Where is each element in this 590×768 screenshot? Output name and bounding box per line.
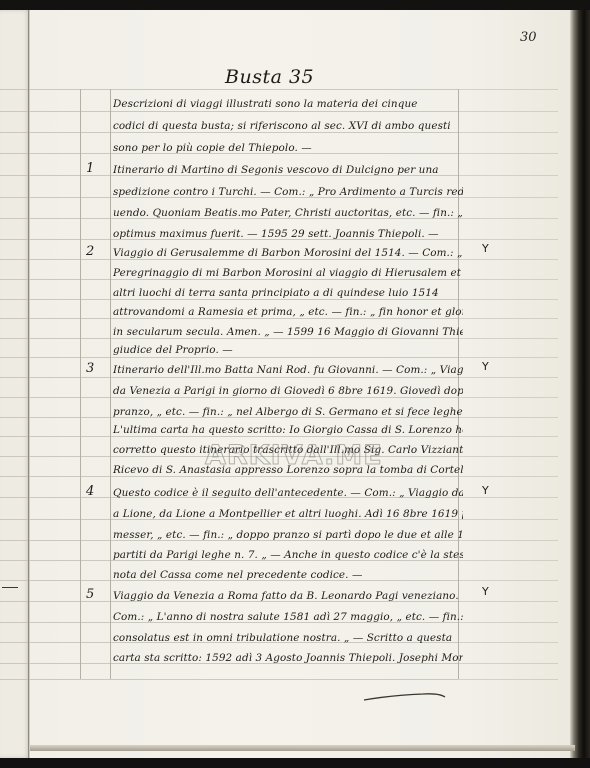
ruled-line bbox=[458, 318, 558, 319]
entry-line: Itinerario di Martino di Segonis vescovo… bbox=[113, 164, 463, 176]
entry-line: Itinerario dell'Ill.mo Batta Nani Rod. f… bbox=[113, 364, 463, 376]
ruled-line bbox=[0, 132, 458, 133]
entry-line: L'ultima carta ha questo scritto: Io Gio… bbox=[113, 424, 463, 436]
facing-page-edge bbox=[0, 10, 31, 758]
ruled-line bbox=[0, 436, 458, 437]
ruled-line bbox=[458, 679, 558, 680]
entry-number: 5 bbox=[86, 587, 94, 602]
ruled-line bbox=[458, 338, 558, 339]
margin-mark bbox=[2, 587, 18, 588]
ruled-line bbox=[458, 153, 558, 154]
page-number: 30 bbox=[520, 30, 537, 45]
ruled-line bbox=[458, 175, 558, 176]
ruled-line bbox=[458, 377, 558, 378]
ruled-line bbox=[0, 377, 458, 378]
document-title: Busta 35 bbox=[225, 66, 314, 88]
entry-line: in secularum secula. Amen. „ — 1599 16 M… bbox=[113, 326, 463, 338]
ruled-line bbox=[458, 497, 558, 498]
entry-line: Viaggio di Gerusalemme di Barbon Morosin… bbox=[113, 247, 463, 259]
intro-line: codici di questa busta; si riferiscono a… bbox=[113, 120, 463, 132]
entry-line: da Venezia a Parigi in giorno di Giovedì… bbox=[113, 385, 463, 397]
ruled-line bbox=[458, 259, 558, 260]
entry-line: Peregrinaggio di mi Barbon Morosini al v… bbox=[113, 267, 463, 279]
entry-line: spedizione contro i Turchi. — Com.: „ Pr… bbox=[113, 186, 463, 198]
entry-line: messer, „ etc. — fin.: „ doppo pranzo si… bbox=[113, 529, 463, 541]
ruled-line bbox=[0, 299, 458, 300]
entry-line: Questo codice è il seguito dell'antecede… bbox=[113, 487, 463, 499]
ruled-line bbox=[0, 111, 458, 112]
ruled-line bbox=[458, 239, 558, 240]
entry-line: partiti da Parigi leghe n. 7. „ — Anche … bbox=[113, 549, 463, 561]
entry-line: giudice del Proprio. — bbox=[113, 344, 463, 356]
ruled-line bbox=[458, 299, 558, 300]
ruled-line bbox=[0, 89, 458, 90]
entry-line: altri luochi di terra santa principiato … bbox=[113, 287, 463, 299]
column-rule-2 bbox=[110, 89, 111, 679]
entry-line: uendo. Quoniam Beatis.mo Pater, Christi … bbox=[113, 207, 463, 219]
ruled-line bbox=[458, 89, 558, 90]
ruled-line bbox=[458, 357, 558, 358]
column-rule-1 bbox=[80, 89, 81, 679]
entry-number: 4 bbox=[86, 484, 94, 499]
ruled-line bbox=[0, 679, 458, 680]
ruled-line bbox=[458, 663, 558, 664]
ruled-line bbox=[458, 436, 558, 437]
ruled-line bbox=[458, 601, 558, 602]
page-stack-edge bbox=[30, 745, 575, 751]
ruled-line bbox=[458, 397, 558, 398]
ruled-line bbox=[0, 397, 458, 398]
ruled-line bbox=[0, 279, 458, 280]
entry-line: consolatus est in omni tribulatione nost… bbox=[113, 632, 463, 644]
ruled-line bbox=[458, 476, 558, 477]
entry-line: optimus maximus fuerit. — 1595 29 sett. … bbox=[113, 228, 463, 240]
entry-line: Viaggio da Venezia a Roma fatto da B. Le… bbox=[113, 590, 463, 602]
ruled-line bbox=[0, 357, 458, 358]
ruled-line bbox=[458, 622, 558, 623]
scan-bottom-border bbox=[0, 758, 590, 768]
checkmark: Y bbox=[482, 360, 489, 373]
entry-line: Com.: „ L'anno di nostra salute 1581 adì… bbox=[113, 611, 463, 623]
ruled-line bbox=[0, 338, 458, 339]
entry-line: a Lione, da Lione a Montpellier et altri… bbox=[113, 508, 463, 520]
checkmark: Y bbox=[482, 242, 489, 255]
ruled-line bbox=[458, 580, 558, 581]
watermark: ARKIVA.ME bbox=[205, 440, 383, 471]
entry-line: attrovandomi a Ramesia et prima, „ etc. … bbox=[113, 306, 463, 318]
ruled-line bbox=[458, 540, 558, 541]
ruled-line bbox=[0, 476, 458, 477]
ruled-line bbox=[458, 111, 558, 112]
ruled-line bbox=[458, 560, 558, 561]
book-binding bbox=[570, 10, 590, 768]
ruled-line bbox=[458, 279, 558, 280]
entry-number: 3 bbox=[86, 361, 94, 376]
entry-number: 2 bbox=[86, 244, 94, 259]
flourish-stroke bbox=[363, 692, 447, 702]
ruled-line bbox=[458, 218, 558, 219]
ruled-line bbox=[458, 519, 558, 520]
entry-line: nota del Cassa come nel precedente codic… bbox=[113, 569, 463, 581]
ruled-line bbox=[458, 197, 558, 198]
ruled-line bbox=[458, 132, 558, 133]
ruled-line bbox=[458, 642, 558, 643]
ruled-line bbox=[0, 259, 458, 260]
margin-rule-left bbox=[28, 10, 29, 758]
intro-line: Descrizioni di viaggi illustrati sono la… bbox=[113, 98, 463, 110]
intro-line: sono per lo più copie del Thiepolo. — bbox=[113, 142, 463, 154]
checkmark: Y bbox=[482, 484, 489, 497]
ruled-line bbox=[458, 456, 558, 457]
checkmark: Y bbox=[482, 585, 489, 598]
entry-line: carta sta scritto: 1592 adì 3 Agosto Joa… bbox=[113, 652, 463, 664]
entry-number: 1 bbox=[86, 161, 94, 176]
entry-line: pranzo, „ etc. — fin.: „ nel Albergo di … bbox=[113, 406, 463, 418]
ruled-line bbox=[458, 417, 558, 418]
ruled-line bbox=[0, 318, 458, 319]
